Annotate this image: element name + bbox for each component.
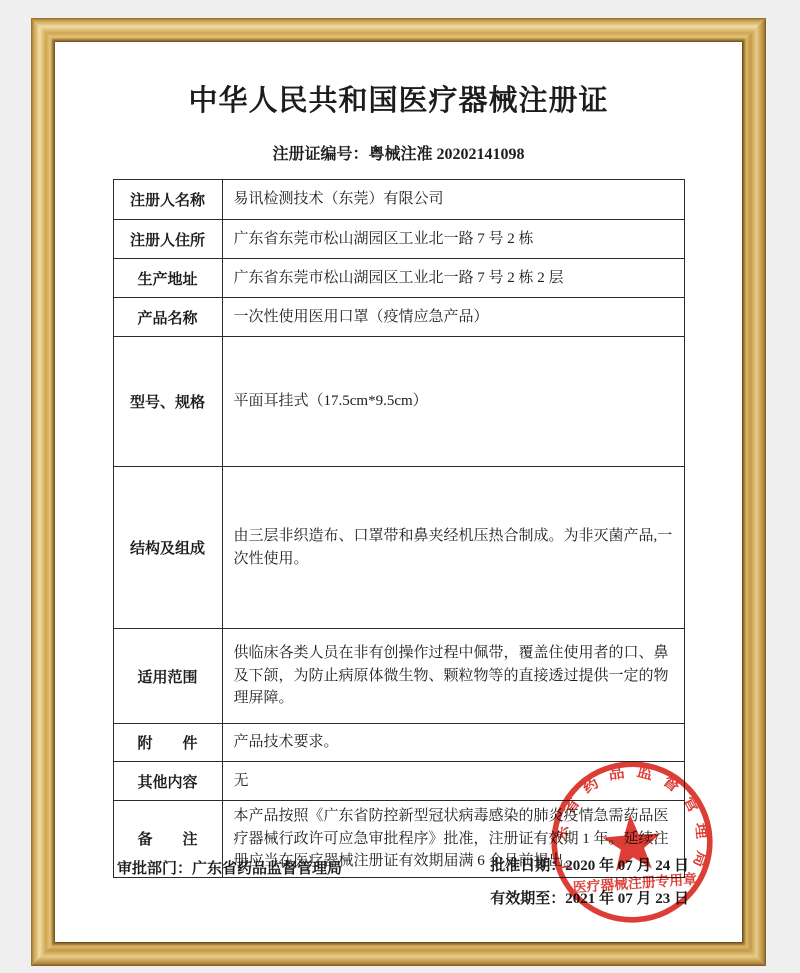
row-label-structure: 结构及组成 xyxy=(113,467,222,629)
approval-department-line: 审批部门：广东省药品监督管理局 xyxy=(117,854,342,878)
row-label-production-address: 生产地址 xyxy=(113,259,222,298)
certificate-number-label: 注册证编号： xyxy=(272,146,368,163)
row-label-registrant-name: 注册人名称 xyxy=(113,180,222,220)
row-value-structure: 由三层非织造布、口罩带和鼻夹经机压热合制成。为非灭菌产品,一次性使用。 xyxy=(222,467,684,629)
row-label-attachment: 附 件 xyxy=(113,724,222,762)
svg-text:广东省药品监督管理局: 广东省药品监督管理局 xyxy=(548,755,718,882)
official-stamp: 广东省药品监督管理局 医疗器械注册专用章 xyxy=(539,749,725,935)
row-label-model-spec: 型号、规格 xyxy=(113,337,222,467)
frame-left-edge xyxy=(31,18,55,966)
row-label-other-content: 其他内容 xyxy=(113,762,222,801)
table-row: 生产地址 广东省东莞市松山湖园区工业北一路 7 号 2 栋 2 层 xyxy=(113,259,684,298)
frame-bottom-edge xyxy=(31,942,766,966)
row-value-production-address: 广东省东莞市松山湖园区工业北一路 7 号 2 栋 2 层 xyxy=(222,259,684,298)
stamp-ring-text: 广东省药品监督管理局 xyxy=(548,755,718,882)
row-label-scope: 适用范围 xyxy=(113,629,222,724)
table-row: 附 件 产品技术要求。 xyxy=(113,724,684,762)
stamp-bottom-text: 医疗器械注册专用章 xyxy=(572,871,697,896)
certificate-screenshot: 中华人民共和国医疗器械注册证 注册证编号：粤械注准 20202141098 注册… xyxy=(0,0,800,973)
approval-department-value: 广东省药品监督管理局 xyxy=(192,861,342,877)
table-row: 适用范围 供临床各类人员在非有创操作过程中佩带，覆盖住使用者的口、鼻及下颌，为防… xyxy=(113,629,684,724)
certificate-number-line: 注册证编号：粤械注准 20202141098 xyxy=(55,141,742,164)
row-value-registrant-name: 易讯检测技术（东莞）有限公司 xyxy=(222,180,684,220)
certificate-number-value: 粤械注准 20202141098 xyxy=(369,146,525,163)
certificate-title: 中华人民共和国医疗器械注册证 xyxy=(55,78,742,119)
table-row: 型号、规格 平面耳挂式（17.5cm*9.5cm） xyxy=(113,337,684,467)
row-value-product-name: 一次性使用医用口罩（疫情应急产品） xyxy=(222,298,684,337)
table-row: 注册人住所 广东省东莞市松山湖园区工业北一路 7 号 2 栋 xyxy=(113,220,684,259)
table-row: 结构及组成 由三层非织造布、口罩带和鼻夹经机压热合制成。为非灭菌产品,一次性使用… xyxy=(113,467,684,629)
row-value-model-spec: 平面耳挂式（17.5cm*9.5cm） xyxy=(222,337,684,467)
table-row: 产品名称 一次性使用医用口罩（疫情应急产品） xyxy=(113,298,684,337)
row-value-scope: 供临床各类人员在非有创操作过程中佩带，覆盖住使用者的口、鼻及下颌，为防止病原体微… xyxy=(222,629,684,724)
approval-department-label: 审批部门： xyxy=(117,861,192,877)
frame-top-edge xyxy=(31,18,766,42)
row-label-product-name: 产品名称 xyxy=(113,298,222,337)
row-label-registrant-address: 注册人住所 xyxy=(113,220,222,259)
stamp-star-icon xyxy=(601,812,663,872)
row-value-registrant-address: 广东省东莞市松山湖园区工业北一路 7 号 2 栋 xyxy=(222,220,684,259)
table-row: 注册人名称 易讯检测技术（东莞）有限公司 xyxy=(113,180,684,220)
frame-right-edge xyxy=(742,18,766,966)
